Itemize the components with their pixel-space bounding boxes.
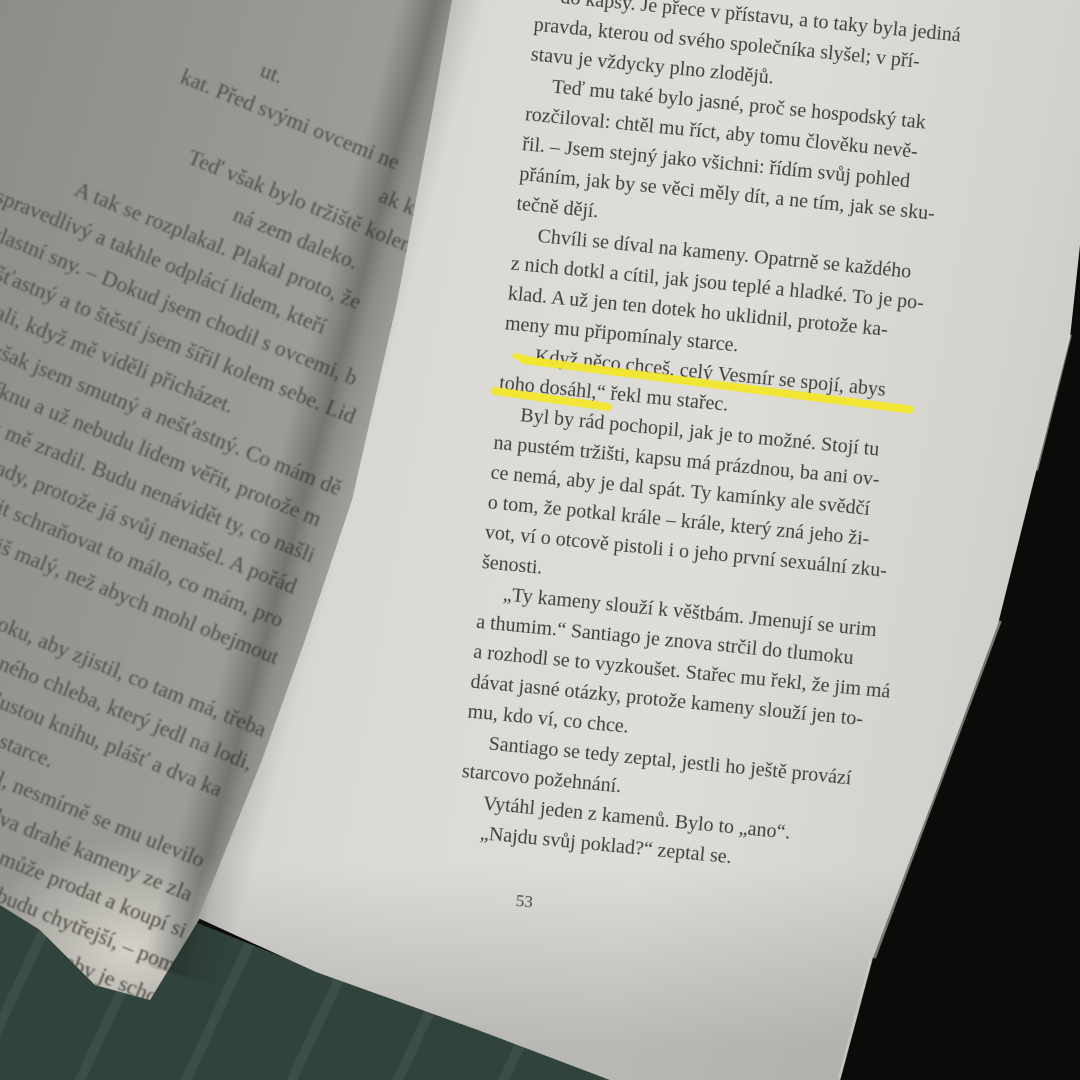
- page-number: 53: [514, 886, 931, 956]
- text-segment: šenosti.: [481, 551, 543, 579]
- right-page-lines: do kapsy. Je přece v přístavu, a to taky…: [455, 0, 1018, 892]
- text-segment: tečně dějí.: [516, 193, 600, 223]
- right-page-text: do kapsy. Je přece v přístavu, a to taky…: [449, 0, 1018, 956]
- book-photo: ut.kat. Před svými ovcemi neak kratičké …: [0, 0, 1080, 1080]
